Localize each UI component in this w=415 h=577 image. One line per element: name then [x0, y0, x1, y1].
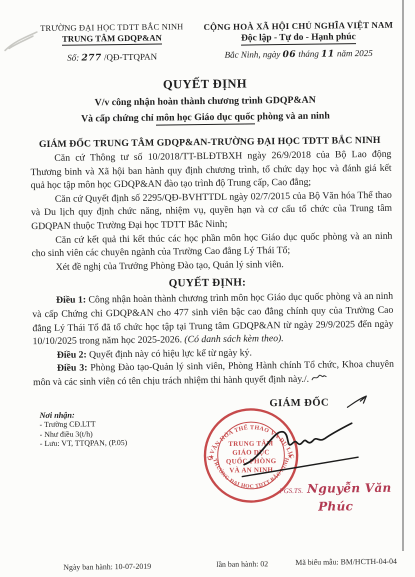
place-date-line: Bắc Ninh, ngày 06 tháng 11 năm 2025	[201, 48, 396, 61]
dateline-prefix: Bắc Ninh, ngày	[225, 49, 281, 60]
articles-block: Điều 1: Công nhận hoàn thành chương trìn…	[32, 290, 394, 390]
stamp-star-left: ★	[209, 453, 214, 460]
scanned-decision-document: TRƯỜNG ĐẠI HỌC TDTT BẮC NINH TRUNG TÂM G…	[0, 0, 415, 577]
form-footer: Ngày ban hành: 10-07-2019 lần ban hành: …	[3, 567, 415, 572]
document-title: QUYẾT ĐỊNH	[0, 74, 413, 94]
decision-heading: QUYẾT ĐỊNH:	[0, 275, 415, 292]
document-subtitle-2: Và cấp chứng chỉ môn học Giáo dục quốc p…	[0, 108, 413, 126]
footer-issued-date: Ngày ban hành: 10-07-2019	[63, 562, 151, 572]
recipient-item: - Lưu: VT, TTQPAN, (P.05)	[40, 438, 127, 449]
article-3-text: Phòng Đào tạo-Quản lý sinh viên, Phòng H…	[33, 359, 394, 388]
national-title: CỘNG HOÀ XÃ HỘI CHỦ NGHĨA VIỆT NAM	[201, 20, 396, 32]
pencil-scribble-mark	[3, 28, 45, 55]
signer-degree: PGS.TS.	[279, 486, 303, 494]
scan-page-edge	[402, 0, 404, 551]
handwritten-initials-mark	[311, 373, 327, 381]
national-motto-text: Độc lập - Tự do - Hạnh phúc	[241, 32, 356, 45]
article-3-label: Điều 3:	[57, 363, 88, 374]
signature-region: Nơi nhận: - Trường CĐ.LTT - Như điều 3(t…	[1, 394, 415, 521]
org-name-text: TRUNG TÂM GDQP&AN	[62, 33, 162, 46]
article-1-note: (Có danh sách kèm theo).	[184, 333, 283, 345]
subtitle2-suffix: phòng và an ninh	[255, 110, 330, 122]
number-handwritten: 277	[81, 53, 101, 63]
preamble-block: Căn cứ Thông tư số 10/2018/TT-BLĐTBXH ng…	[30, 148, 392, 275]
recipients-block: Nơi nhận: - Trường CĐ.LTT - Như điều 3(t…	[39, 409, 127, 448]
pen-flourish-mark	[346, 395, 368, 409]
document-subtitle-1: V/v công nhận hoàn thành chương trình GD…	[0, 92, 413, 110]
document-header: TRƯỜNG ĐẠI HỌC TDTT BẮC NINH TRUNG TÂM G…	[0, 0, 412, 65]
director-signature-scribble	[240, 412, 381, 480]
issuing-org-block: TRƯỜNG ĐẠI HỌC TDTT BẮC NINH TRUNG TÂM G…	[23, 22, 201, 64]
article-1: Điều 1: Công nhận hoàn thành chương trìn…	[32, 290, 394, 349]
signer-name-script: Nguyễn Văn Phúc	[307, 480, 392, 513]
preamble-paragraph: Căn cứ Thông tư số 10/2018/TT-BLĐTBXH ng…	[30, 148, 391, 193]
document-number: Số: 277 /QĐ-TTQPAN	[23, 51, 201, 64]
org-name: TRUNG TÂM GDQP&AN	[23, 32, 201, 44]
footer-form-code: Mã biểu mẫu: BM/HCTH-04-04	[295, 557, 397, 567]
number-prefix: Số:	[67, 53, 79, 63]
footer-issue-number: lần ban hành: 02	[216, 559, 268, 569]
national-motto-block: CỘNG HOÀ XÃ HỘI CHỦ NGHĨA VIỆT NAM Độc l…	[201, 20, 396, 62]
document-title-block: QUYẾT ĐỊNH V/v công nhận hoàn thành chươ…	[0, 74, 413, 126]
preamble-paragraph: Căn cứ Quyết định số 2295/QĐ-BVHTTDL ngà…	[31, 189, 392, 234]
dateline-suffix: năm 2025	[337, 48, 373, 58]
day-handwritten: 06	[283, 50, 297, 60]
national-motto: Độc lập - Tự do - Hạnh phúc	[201, 32, 396, 44]
subtitle2-prefix: Và cấp chứng chỉ	[81, 113, 156, 125]
article-1-label: Điều 1:	[56, 295, 86, 306]
document-content: TRƯỜNG ĐẠI HỌC TDTT BẮC NINH TRUNG TÂM G…	[0, 0, 415, 577]
number-suffix: /QĐ-TTQPAN	[104, 52, 157, 63]
article-3: Điều 3: Phòng Đào tạo-Quản lý sinh viên,…	[33, 358, 394, 390]
month-handwritten: 11	[321, 49, 335, 59]
article-2-text: Quyết định này có hiệu lực kể từ ngày ký…	[87, 347, 252, 360]
signer-name: PGS.TS. Nguyễn Văn Phúc	[260, 478, 410, 516]
subtitle2-underlined: môn học Giáo dục quốc	[156, 111, 255, 125]
article-2-label: Điều 2:	[57, 349, 87, 360]
dateline-mid: tháng	[298, 49, 319, 59]
